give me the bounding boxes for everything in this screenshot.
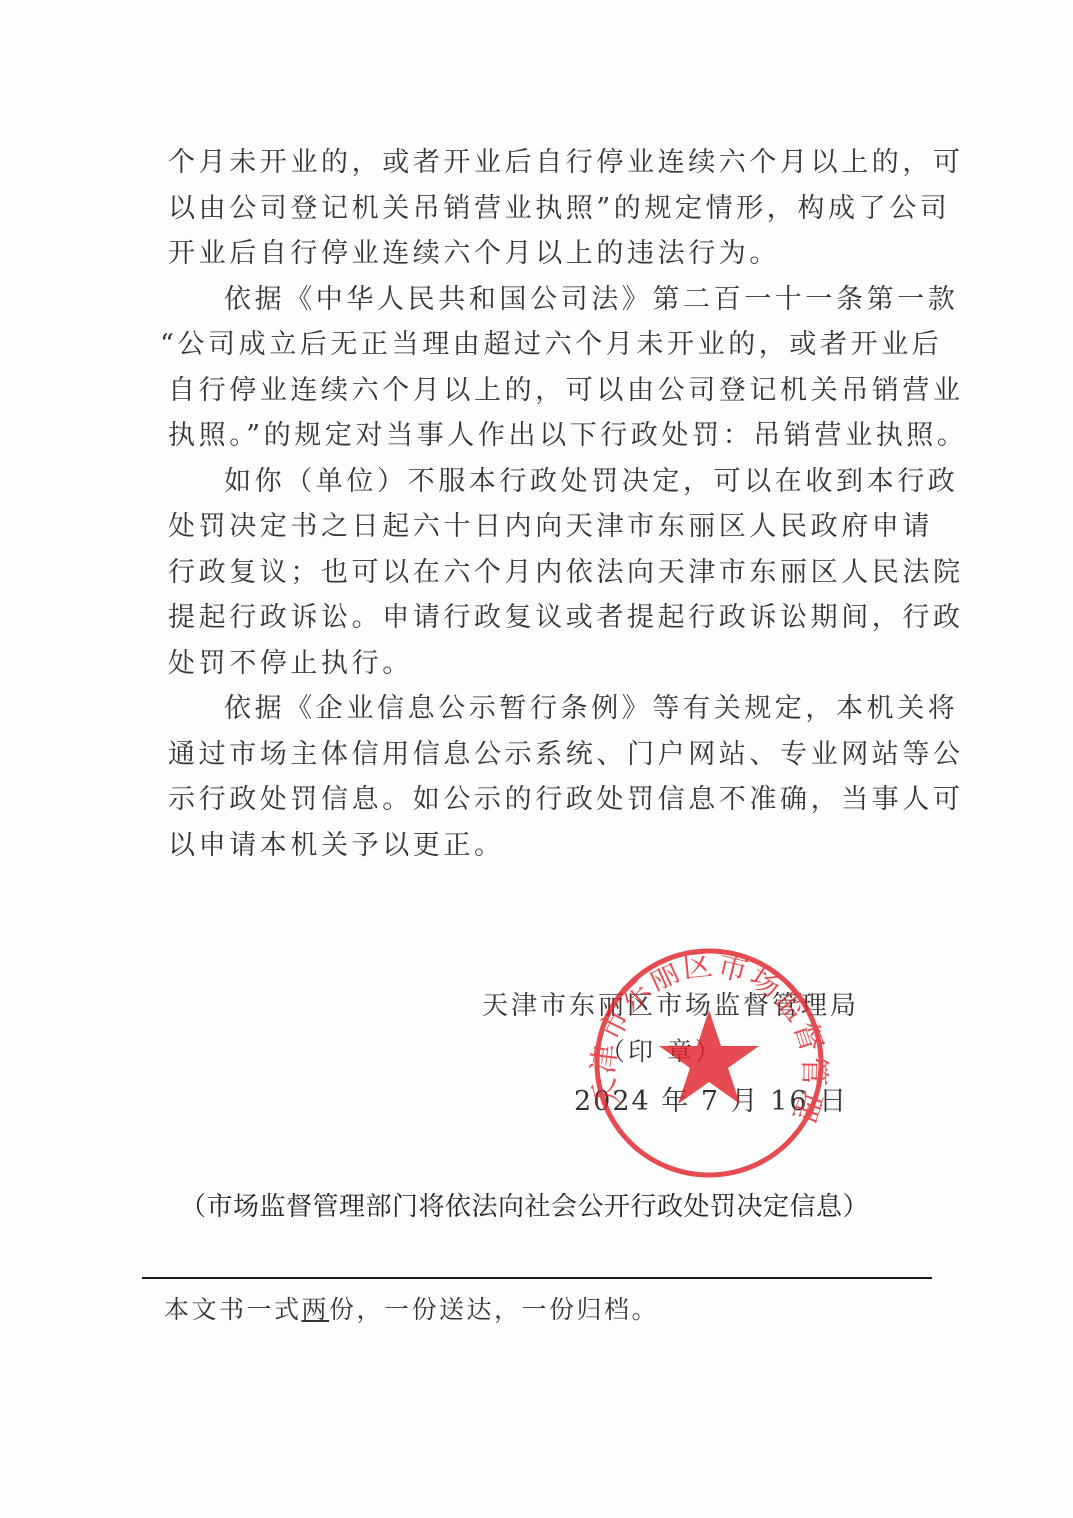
paragraph-line: 示行政处罚信息。如公示的行政处罚信息不准确，当事人可 [168,777,928,823]
paragraph-line: 提起行政诉讼。申请行政复议或者提起行政诉讼期间，行政 [168,595,928,641]
document-body: 个月未开业的，或者开业后自行停业连续六个月以上的，可 以由公司登记机关吊销营业执… [168,140,928,868]
paragraph-line: 如你（单位）不服本行政处罚决定，可以在收到本行政 [168,459,928,505]
document-page: 个月未开业的，或者开业后自行停业连续六个月以上的，可 以由公司登记机关吊销营业执… [0,0,1073,1518]
paragraph-line: 个月未开业的，或者开业后自行停业连续六个月以上的，可 [168,140,928,186]
paragraph-line: “公司成立后无正当理由超过六个月未开业的，或者开业后 [160,322,928,368]
paragraph-line: 依据《企业信息公示暂行条例》等有关规定，本机关将 [168,686,928,732]
paragraph-line: 依据《中华人民共和国公司法》第二百一十一条第一款 [168,277,928,323]
paragraph-line: 行政复议；也可以在六个月内依法向天津市东丽区人民法院 [168,550,928,596]
paragraph-line: 通过市场主体信用信息公示系统、门户网站、专业网站等公 [168,732,928,778]
paragraph-line: 开业后自行停业连续六个月以上的违法行为。 [168,231,928,277]
copies-note: 本文书一式两份，一份送达，一份归档。 [164,1290,659,1326]
paragraph-line: 处罚决定书之日起六十日内向天津市东丽区人民政府申请 [168,504,928,550]
paragraph-line: 以申请本机关予以更正。 [168,823,928,869]
paragraph-line: 执照。”的规定对当事人作出以下行政处罚：吊销营业执照。 [168,413,928,459]
copies-count: 两 [302,1295,330,1324]
copies-note-suffix: 份，一份送达，一份归档。 [329,1295,659,1324]
paragraph-line: 以由公司登记机关吊销营业执照”的规定情形，构成了公司 [168,186,928,232]
footer-divider [142,1277,932,1279]
paragraph-line: 处罚不停止执行。 [168,641,928,687]
public-disclosure-notice: （市场监督管理部门将依法向社会公开行政处罚决定信息） [180,1186,869,1223]
paragraph-line: 自行停业连续六个月以上的，可以由公司登记机关吊销营业 [168,368,928,414]
issuing-organization: 天津市东丽区市场监督管理局 [482,985,859,1022]
issue-date: 2024 年 7 月 16 日 [574,1079,848,1118]
seal-label: （印 章） [600,1032,723,1068]
copies-note-prefix: 本文书一式 [164,1295,302,1324]
